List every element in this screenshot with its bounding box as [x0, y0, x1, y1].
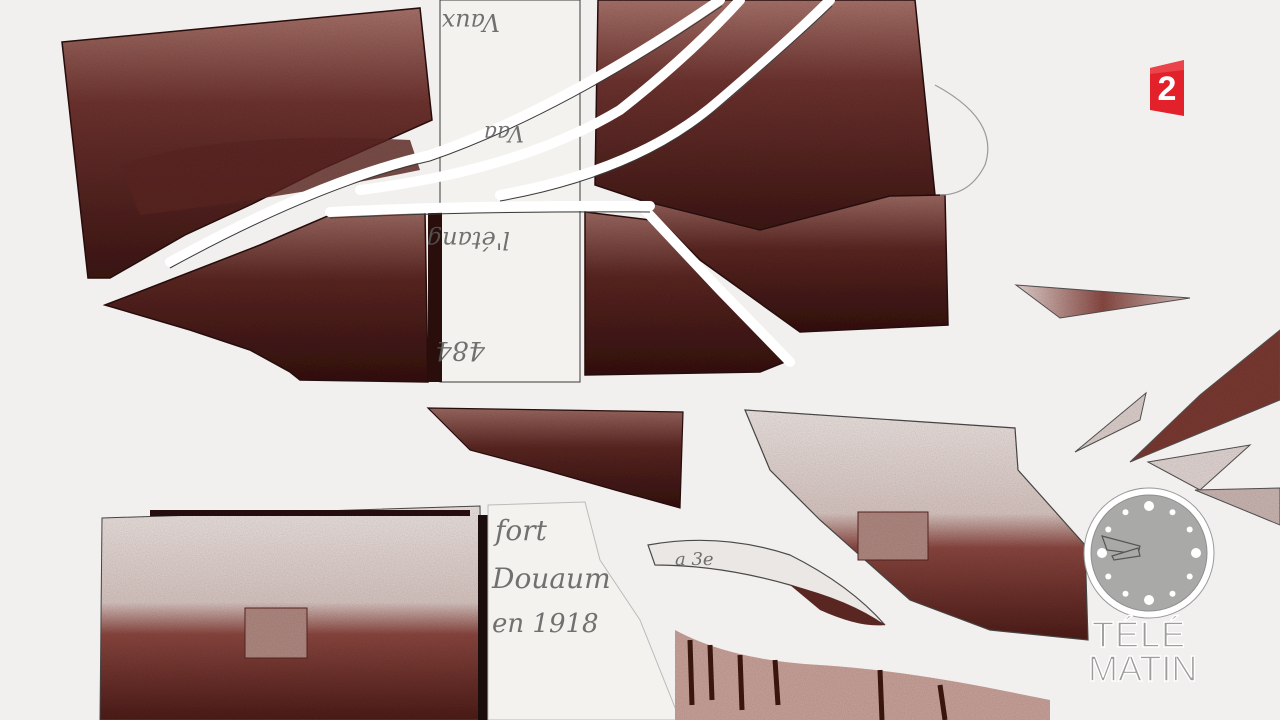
label-etang: l'étang: [427, 226, 510, 254]
curved-label-fragment: a 3e: [648, 540, 885, 625]
telematin-clock: [1082, 486, 1216, 620]
clock-icon: [1082, 486, 1216, 620]
label-vaux: Vaux: [441, 8, 500, 36]
trees-photo-fragment-bottom: [675, 630, 1050, 720]
fort-photo-fragment-right: [745, 410, 1088, 640]
telematin-line2: MATIN: [1088, 652, 1228, 686]
label-vaa: Vaa: [484, 120, 524, 145]
bottom-plate-label: fort Douaum en 1918: [488, 502, 680, 720]
middle-dark-fragment: [428, 408, 683, 508]
label-number: 484: [435, 335, 486, 365]
telematin-wordmark: TÉLÉ MATIN: [1088, 618, 1228, 686]
top-right-photo-fragment: [595, 0, 935, 230]
label-year: en 1918: [492, 609, 599, 639]
label-douaumont: Douaum: [491, 562, 611, 595]
telematin-line1: TÉLÉ: [1088, 618, 1228, 652]
fort-photo-bottom-left: [100, 506, 488, 720]
label-a3e: a 3e: [675, 549, 714, 570]
france2-logo: 2: [1150, 60, 1186, 116]
label-fort: fort: [493, 514, 548, 547]
svg-text:2: 2: [1158, 70, 1177, 108]
pencil-loop: [935, 85, 988, 195]
france2-logo-icon: 2: [1150, 60, 1186, 116]
